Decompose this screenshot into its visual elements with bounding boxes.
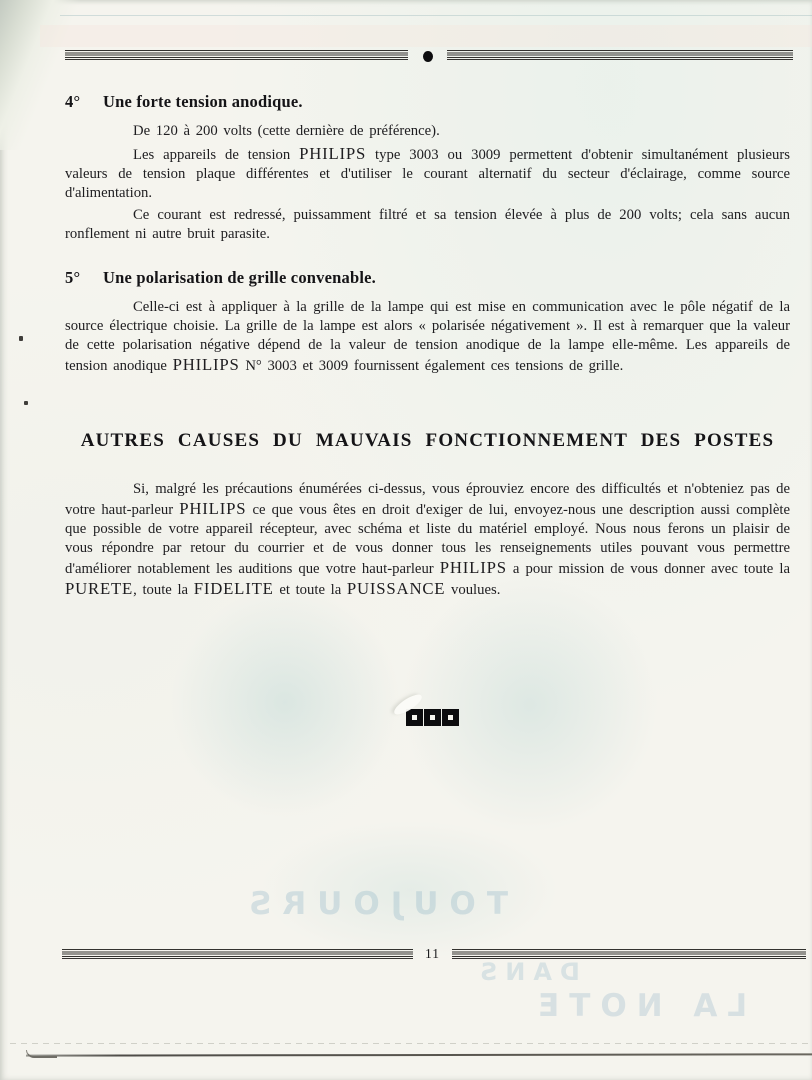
bleedthrough-blob xyxy=(165,585,405,820)
scan-tint-band xyxy=(40,25,812,47)
rule-segment xyxy=(447,50,793,61)
bleedthrough-blob xyxy=(395,575,665,835)
paragraph: Ce courant est redressé, puissamment fil… xyxy=(65,206,790,244)
rule-segment xyxy=(452,949,806,960)
section-title: Une forte tension anodique. xyxy=(103,92,303,112)
scan-speck xyxy=(19,336,23,341)
ornament-square xyxy=(424,709,441,726)
bleedthrough-text: LA NOTE xyxy=(528,988,747,1024)
section-heading: 5° Une polarisation de grille convenable… xyxy=(65,268,790,288)
section-number: 4° xyxy=(65,92,103,112)
ornament-square xyxy=(442,709,459,726)
closing-section: Si, malgré les précautions énumérées ci-… xyxy=(65,480,790,600)
scan-artifact-line xyxy=(10,1043,812,1044)
ornament-square xyxy=(406,709,423,726)
page-number: 11 xyxy=(425,946,440,962)
paragraph: De 120 à 200 volts (cette dernière de pr… xyxy=(65,122,790,141)
correction-smudge xyxy=(392,691,425,718)
scanned-document-page: TOUJOURS DANS LA NOTE 4° Une forte tensi… xyxy=(0,0,812,1080)
scan-speck xyxy=(24,401,28,405)
rule-segment xyxy=(62,949,413,960)
rule-gap xyxy=(408,49,447,63)
paragraph: Celle-ci est à appliquer à la grille de … xyxy=(65,298,790,376)
center-dot-ornament xyxy=(423,51,433,62)
paragraph: Si, malgré les précautions énumérées ci-… xyxy=(65,480,790,600)
bleedthrough-text: TOUJOURS xyxy=(238,886,508,922)
page-bottom-edge-curl xyxy=(26,1050,57,1058)
section-polarisation-grille: 5° Une polarisation de grille convenable… xyxy=(65,268,790,376)
bleedthrough-text: DANS xyxy=(472,958,580,986)
section-title: Une polarisation de grille convenable. xyxy=(103,268,376,288)
paragraph: Les appareils de tension PHILIPS type 30… xyxy=(65,144,790,203)
scan-artifact-line xyxy=(60,15,812,16)
rule-gap: 11 xyxy=(413,948,452,962)
page-bottom-edge xyxy=(26,1053,812,1056)
closing-section-heading: AUTRES CAUSES DU MAUVAIS FONCTIONNEMENT … xyxy=(65,430,790,452)
rule-segment xyxy=(65,50,408,61)
ornament-square-center xyxy=(448,715,453,720)
bleedthrough-blob xyxy=(260,820,560,960)
top-decorative-rule xyxy=(65,50,793,62)
printer-ornament xyxy=(406,709,459,726)
section-number: 5° xyxy=(65,268,103,288)
ornament-square-center xyxy=(412,715,417,720)
section-heading: 4° Une forte tension anodique. xyxy=(65,92,790,112)
bottom-decorative-rule: 11 xyxy=(62,949,806,961)
ornament-square-center xyxy=(430,715,435,720)
section-forte-tension-anodique: 4° Une forte tension anodique. De 120 à … xyxy=(65,92,790,244)
